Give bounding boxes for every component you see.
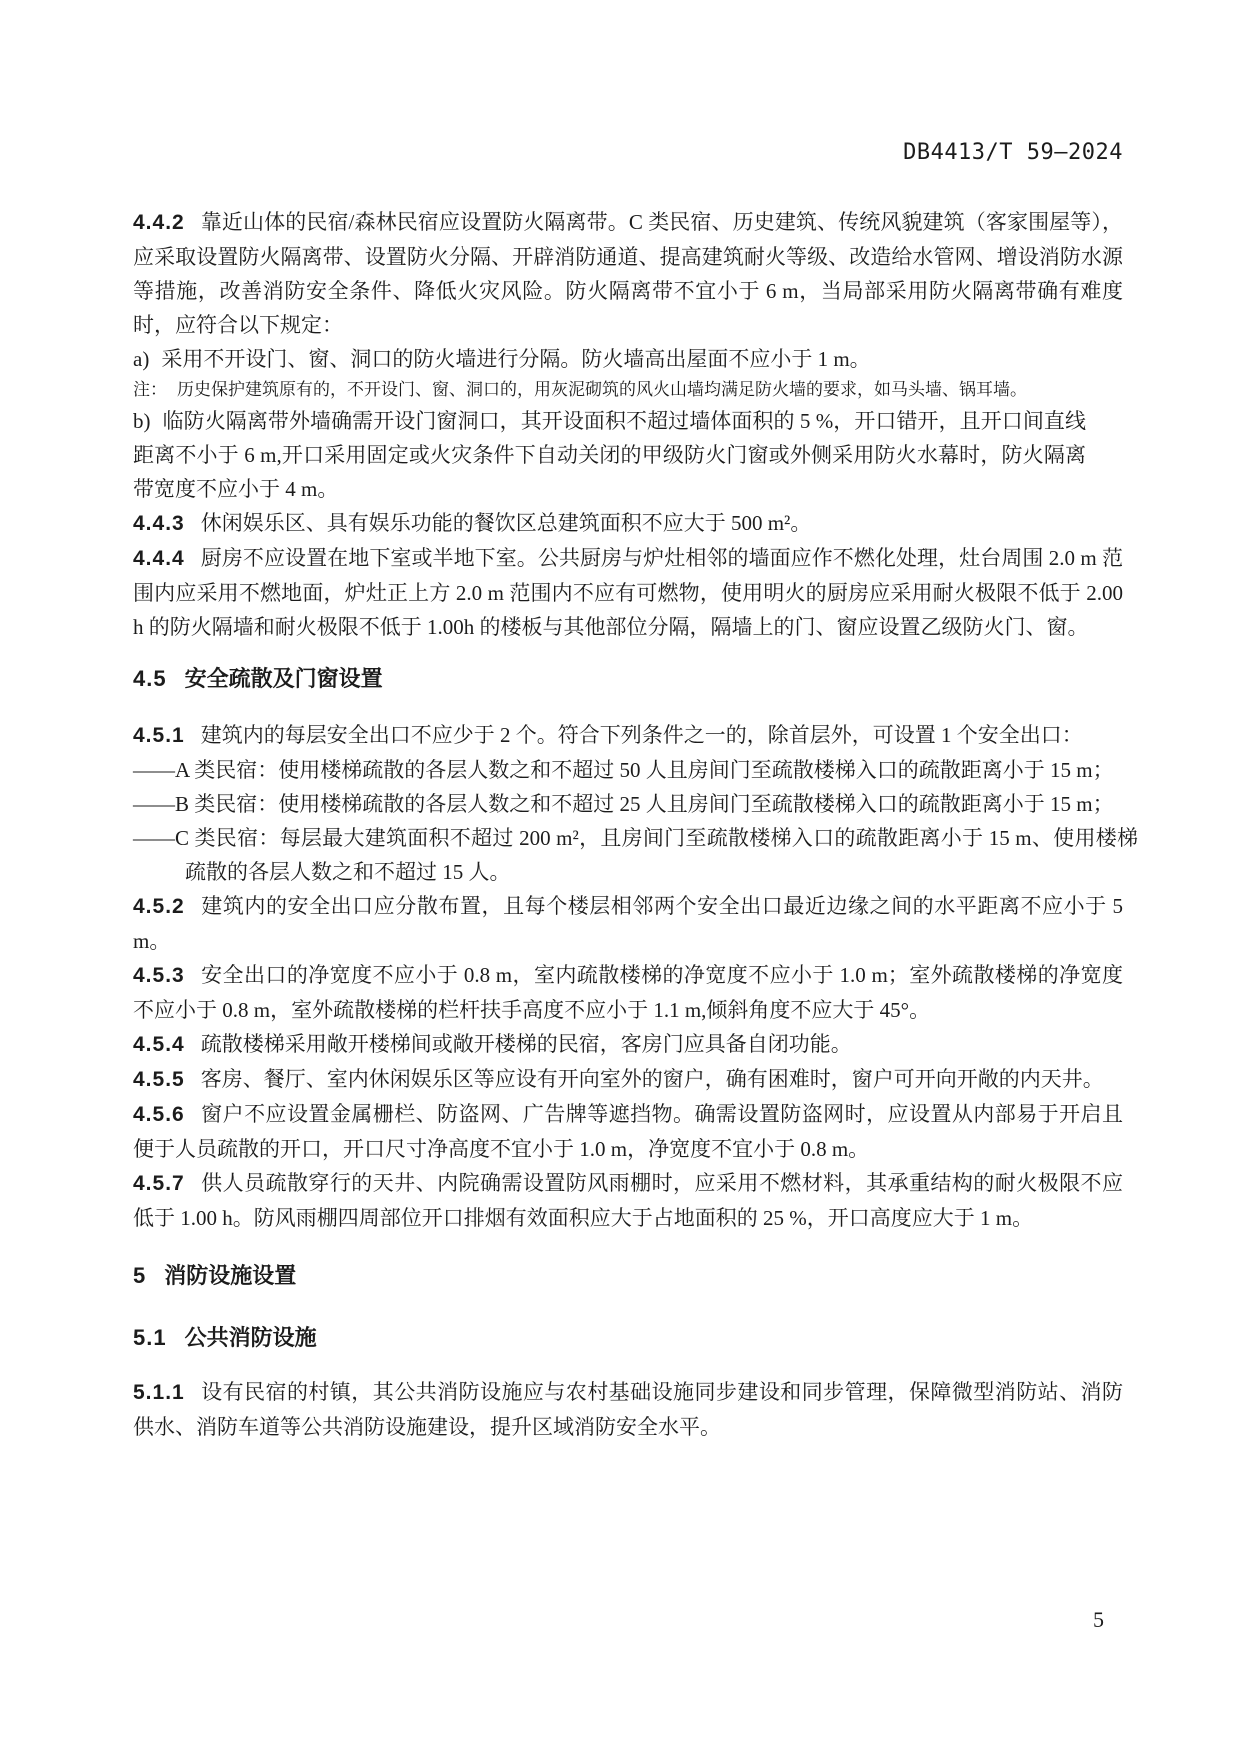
section-title: 消防设施设置 [164, 1263, 296, 1288]
document-body: 4.4.2靠近山体的民宿/森林民宿应设置防火隔离带。C 类民宿、历史建筑、传统风… [133, 0, 1123, 1444]
section-heading-4-5: 4.5安全疏散及门窗设置 [133, 666, 1123, 692]
dash-item-class-a: ——A 类民宿：使用楼梯疏散的各层人数之和不超过 50 人且房间门至疏散楼梯入口… [133, 753, 1138, 787]
clause-text: 设有民宿的村镇，其公共消防设施应与农村基础设施同步建设和同步管理，保障微型消防站… [133, 1380, 1123, 1439]
note-block: 注：历史保护建筑原有的，不开设门、窗、洞口的，用灰泥砌筑的风火山墙均满足防火墙的… [133, 376, 1115, 404]
dash-item-class-b: ——B 类民宿：使用楼梯疏散的各层人数之和不超过 25 人且房间门至疏散楼梯入口… [133, 787, 1138, 821]
section-title: 公共消防设施 [185, 1325, 317, 1350]
clause-text: 安全出口的净宽度不应小于 0.8 m，室内疏散楼梯的净宽度不应小于 1.0 m；… [133, 963, 1123, 1022]
dash-item-text: ——A 类民宿：使用楼梯疏散的各层人数之和不超过 50 人且房间门至疏散楼梯入口… [133, 758, 1114, 782]
list-item-text: 采用不开设门、窗、洞口的防火墙进行分隔。防火墙高出屋面不应小于 1 m。 [161, 347, 870, 371]
clause-text: 建筑内的安全出口应分散布置，且每个楼层相邻两个安全出口最近边缘之间的水平距离不应… [133, 894, 1123, 953]
clause-number: 4.4.2 [133, 211, 185, 234]
clause-number: 4.4.3 [133, 512, 185, 535]
list-item-b: b)临防火隔离带外墙确需开设门窗洞口，其开设面积不超过墙体面积的 5 %，开口错… [133, 404, 1086, 506]
clause-number: 4.5.1 [133, 724, 185, 747]
page-number: 5 [1093, 1607, 1104, 1633]
clause-4-5-3: 4.5.3安全出口的净宽度不应小于 0.8 m，室内疏散楼梯的净宽度不应小于 1… [133, 958, 1123, 1027]
clause-text: 供人员疏散穿行的天井、内院确需设置防风雨棚时，应采用不燃材料，其承重结构的耐火极… [133, 1171, 1123, 1230]
clause-4-5-7: 4.5.7供人员疏散穿行的天井、内院确需设置防风雨棚时，应采用不燃材料，其承重结… [133, 1166, 1123, 1235]
clause-4-5-1: 4.5.1建筑内的每层安全出口不应少于 2 个。符合下列条件之一的，除首层外，可… [133, 718, 1123, 753]
clause-text: 疏散楼梯采用敞开楼梯间或敞开楼梯的民宿，客房门应具备自闭功能。 [201, 1032, 852, 1056]
dash-item-class-c: ——C 类民宿：每层最大建筑面积不超过 200 m²，且房间门至疏散楼梯入口的疏… [133, 821, 1138, 889]
clause-number: 4.5.5 [133, 1068, 185, 1091]
section-heading-5: 5消防设施设置 [133, 1263, 1123, 1289]
list-item-text: 临防火隔离带外墙确需开设门窗洞口，其开设面积不超过墙体面积的 5 %，开口错开，… [133, 409, 1086, 501]
dash-item-text: ——B 类民宿：使用楼梯疏散的各层人数之和不超过 25 人且房间门至疏散楼梯入口… [133, 792, 1114, 816]
list-item-label: b) [133, 409, 151, 433]
section-number: 5 [133, 1263, 146, 1288]
clause-4-5-5: 4.5.5客房、餐厅、室内休闲娱乐区等应设有开向室外的窗户，确有困难时，窗户可开… [133, 1062, 1123, 1097]
document-page: DB4413/T 59—2024 4.4.2靠近山体的民宿/森林民宿应设置防火隔… [0, 0, 1241, 1754]
clause-text: 厨房不应设置在地下室或半地下室。公共厨房与炉灶相邻的墙面应作不燃化处理，灶台周围… [133, 546, 1123, 639]
clause-4-5-2: 4.5.2建筑内的安全出口应分散布置，且每个楼层相邻两个安全出口最近边缘之间的水… [133, 889, 1123, 958]
clause-4-5-4: 4.5.4疏散楼梯采用敞开楼梯间或敞开楼梯的民宿，客房门应具备自闭功能。 [133, 1027, 1123, 1062]
clause-number: 4.5.7 [133, 1172, 185, 1195]
list-item-a: a)采用不开设门、窗、洞口的防火墙进行分隔。防火墙高出屋面不应小于 1 m。 [133, 342, 1086, 376]
clause-4-4-2: 4.4.2靠近山体的民宿/森林民宿应设置防火隔离带。C 类民宿、历史建筑、传统风… [133, 205, 1123, 342]
section-heading-5-1: 5.1公共消防设施 [133, 1325, 1123, 1351]
section-title: 安全疏散及门窗设置 [185, 666, 383, 691]
clause-text: 靠近山体的民宿/森林民宿应设置防火隔离带。C 类民宿、历史建筑、传统风貌建筑（客… [133, 210, 1123, 337]
clause-number: 4.5.3 [133, 964, 185, 987]
clause-number: 4.5.6 [133, 1103, 185, 1126]
clause-text: 休闲娱乐区、具有娱乐功能的餐饮区总建筑面积不应大于 500 m²。 [201, 511, 812, 535]
clause-5-1-1: 5.1.1设有民宿的村镇，其公共消防设施应与农村基础设施同步建设和同步管理，保障… [133, 1375, 1123, 1444]
clause-number: 5.1.1 [133, 1381, 185, 1404]
clause-4-4-4: 4.4.4厨房不应设置在地下室或半地下室。公共厨房与炉灶相邻的墙面应作不燃化处理… [133, 541, 1123, 644]
clause-text: 窗户不应设置金属栅栏、防盗网、广告牌等遮挡物。确需设置防盗网时，应设置从内部易于… [133, 1102, 1123, 1161]
dash-item-text: ——C 类民宿：每层最大建筑面积不超过 200 m²，且房间门至疏散楼梯入口的疏… [133, 826, 1138, 884]
clause-number: 4.5.2 [133, 895, 185, 918]
note-text: 历史保护建筑原有的，不开设门、窗、洞口的，用灰泥砌筑的风火山墙均满足防火墙的要求… [177, 380, 1027, 399]
clause-text: 建筑内的每层安全出口不应少于 2 个。符合下列条件之一的，除首层外，可设置 1 … [201, 723, 1083, 747]
clause-number: 4.4.4 [133, 547, 185, 570]
clause-number: 4.5.4 [133, 1033, 185, 1056]
note-label: 注： [133, 380, 167, 399]
section-number: 4.5 [133, 666, 167, 691]
section-number: 5.1 [133, 1325, 167, 1350]
clause-text: 客房、餐厅、室内休闲娱乐区等应设有开向室外的窗户，确有困难时，窗户可开向开敞的内… [201, 1067, 1104, 1091]
list-item-label: a) [133, 347, 149, 371]
clause-4-5-6: 4.5.6窗户不应设置金属栅栏、防盗网、广告牌等遮挡物。确需设置防盗网时，应设置… [133, 1097, 1123, 1166]
clause-4-4-3: 4.4.3休闲娱乐区、具有娱乐功能的餐饮区总建筑面积不应大于 500 m²。 [133, 506, 1123, 541]
